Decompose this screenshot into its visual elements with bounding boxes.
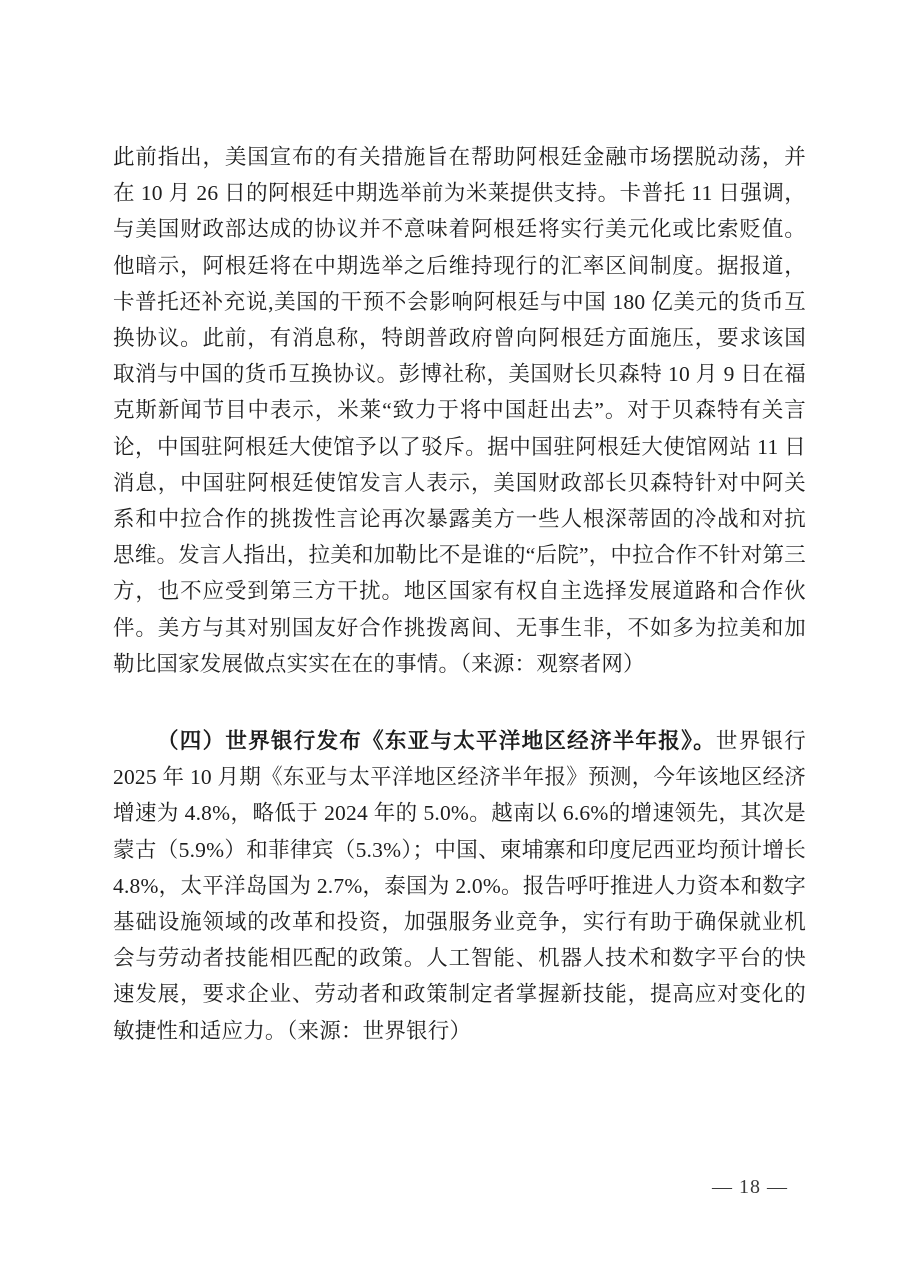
- paragraph-text: 世界银行 2025 年 10 月期《东亚与太平洋地区经济半年报》预测，今年该地区…: [113, 729, 806, 1043]
- body-paragraph-argentina: 此前指出，美国宣布的有关措施旨在帮助阿根廷金融市场摆脱动荡，并在 10 月 26…: [113, 139, 806, 682]
- paragraph-bold-heading: （四）世界银行发布《东亚与太平洋地区经济半年报》。: [157, 729, 716, 753]
- document-body: 此前指出，美国宣布的有关措施旨在帮助阿根廷金融市场摆脱动荡，并在 10 月 26…: [113, 139, 806, 1049]
- page-number: — 18 —: [650, 1176, 850, 1199]
- document-page: 此前指出，美国宣布的有关措施旨在帮助阿根廷金融市场摆脱动荡，并在 10 月 26…: [0, 0, 900, 1272]
- body-paragraph-world-bank: （四）世界银行发布《东亚与太平洋地区经济半年报》。世界银行 2025 年 10 …: [113, 723, 806, 1049]
- paragraph-text: 此前指出，美国宣布的有关措施旨在帮助阿根廷金融市场摆脱动荡，并在 10 月 26…: [113, 145, 806, 676]
